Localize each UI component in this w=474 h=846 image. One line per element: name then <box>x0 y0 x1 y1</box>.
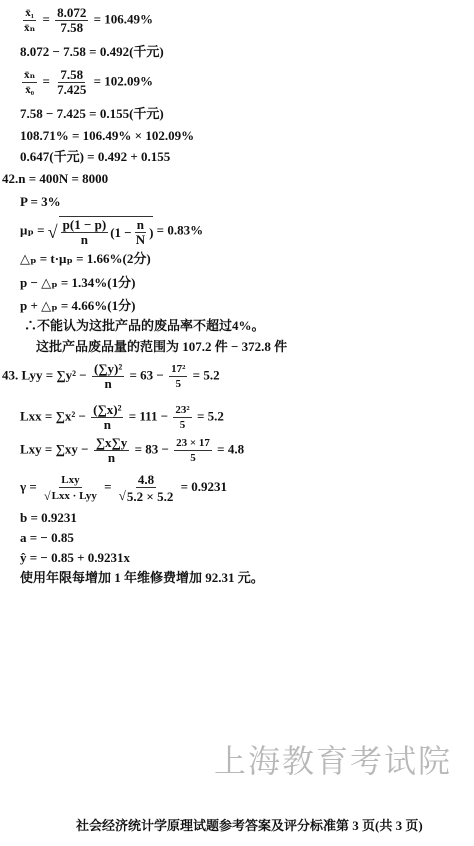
q41-relation-amount: 0.647(千元) = 0.492 + 0.155 <box>20 149 170 165</box>
sqrt: √ p(1 − p)n (1 − nN ) <box>48 216 154 247</box>
q43-conclusion: 使用年限每增加 1 年维修费增加 92.31 元。 <box>20 570 264 586</box>
question-number: 42. <box>2 171 18 186</box>
question-number: 43. <box>2 367 18 382</box>
fraction: 8.0727.58 <box>55 6 88 35</box>
q42-proportion: P = 3% <box>20 194 61 210</box>
q41-index-ratio-2: x̄ₙx̄₀ = 7.587.425 = 102.09% <box>20 68 153 97</box>
fraction: 23 × 175 <box>174 436 212 465</box>
fraction: (∑x)²n <box>91 403 123 432</box>
q41-difference-2: 7.58 − 7.425 = 0.155(千元) <box>20 106 164 122</box>
fraction: nN <box>134 218 147 247</box>
q42-lower-bound: p − △ₚ = 1.34%(1分) <box>20 275 135 291</box>
q41-difference-1: 8.072 − 7.58 = 0.492(千元) <box>20 44 164 60</box>
fraction: Lxy√Lxx · Lyy <box>42 473 99 503</box>
q42-range: 这批产品废品量的范围为 107.2 件 − 372.8 件 <box>36 339 287 355</box>
watermark: 上海教育考试院 <box>214 736 452 782</box>
fraction: x̄ₙx̄₀ <box>22 68 37 97</box>
page-footer: 社会经济统计学原理试题参考答案及评分标准第 3 页(共 3 页) <box>76 815 423 834</box>
fraction: ∑x∑yn <box>94 436 130 465</box>
q43-slope: b = 0.9231 <box>20 510 77 526</box>
fraction: 7.587.425 <box>55 68 88 97</box>
q41-relation-index: 108.71% = 106.49% × 102.09% <box>20 128 194 144</box>
q42-upper-bound: p + △ₚ = 4.66%(1分) <box>20 298 135 314</box>
q43-lxx: Lxx = ∑x² − (∑x)²n = 111 − 23²5 = 5.2 <box>20 403 224 432</box>
fraction: x̄₁x̄ₙ <box>22 6 37 35</box>
q43-lxy: Lxy = ∑xy − ∑x∑yn = 83 − 23 × 175 = 4.8 <box>20 436 244 465</box>
q43-intercept: a = − 0.85 <box>20 530 74 546</box>
q43-regression-equation: ŷ = − 0.85 + 0.9231x <box>20 550 130 566</box>
fraction: p(1 − p)n <box>61 218 109 247</box>
q42-conclusion: ∴不能认为这批产品的废品率不超过4%。 <box>24 318 265 334</box>
fraction: 4.8√5.2 × 5.2 <box>117 473 176 504</box>
q41-index-ratio-1: x̄₁x̄ₙ = 8.0727.58 = 106.49% <box>20 6 153 35</box>
fraction: 17²5 <box>169 362 187 391</box>
q42-sample-size: 42.n = 400N = 8000 <box>2 171 108 187</box>
q42-standard-error: μₚ = √ p(1 − p)n (1 − nN ) = 0.83% <box>20 216 203 247</box>
q42-margin-of-error: △ₚ = t·μₚ = 1.66%(2分) <box>20 251 151 267</box>
fraction: 23²5 <box>173 403 191 432</box>
q43-lyy: 43. Lyy = ∑y² − (∑y)²n = 63 − 17²5 = 5.2 <box>2 362 220 391</box>
q43-correlation: γ = Lxy√Lxx · Lyy = 4.8√5.2 × 5.2 = 0.92… <box>20 473 227 504</box>
fraction: (∑y)²n <box>92 362 124 391</box>
